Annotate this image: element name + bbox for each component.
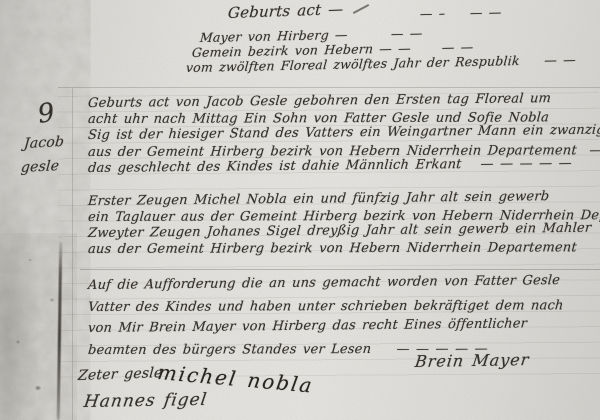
scanned-birth-record-page: Geburts act — — – — — Mayer von Hirberg … [0, 0, 600, 420]
body3-line-2: Vatter des Kindes und haben unter schrie… [87, 298, 564, 315]
registrar-signature: Brein Mayer [414, 350, 531, 371]
margin-name-last: gesle [20, 158, 60, 176]
top-rule-line [58, 87, 600, 88]
father-signature: Zeter gesle [77, 365, 163, 384]
body2-line-4: aus der Gemeint Hirberg bezirk von Heber… [87, 240, 577, 257]
witness2-signature: Hannes figel [83, 390, 209, 412]
margin-entry-number: 9 [36, 98, 57, 130]
margin-name-first: Jacob [23, 134, 65, 152]
section-rule-line [80, 269, 600, 270]
header-dash-marks: — – — — [419, 4, 502, 21]
margin-rule-line [72, 88, 73, 420]
